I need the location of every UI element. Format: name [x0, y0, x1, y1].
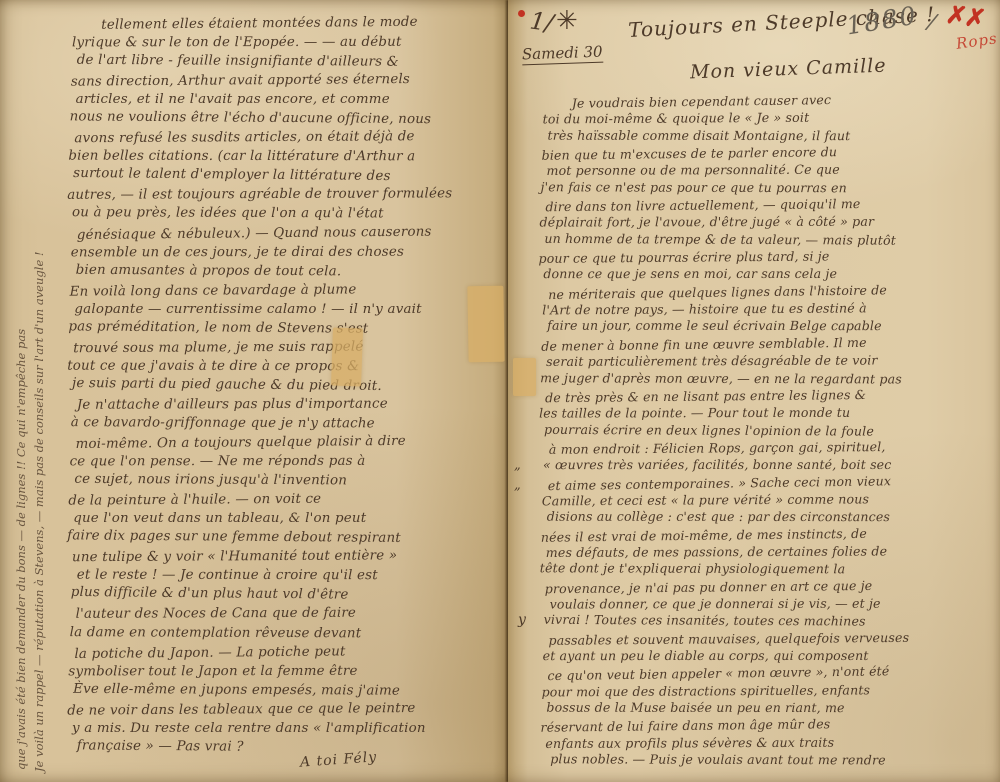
right-page: 1/ ✳ Toujours en Steeple chase ! 1880 / … — [508, 0, 1000, 782]
handwriting-line: serait particulièrement très désagréable… — [546, 351, 992, 370]
margin-quote-mark: „ — [514, 478, 521, 493]
handwriting-line: génésiaque & nébuleux.) — Quand nous cau… — [77, 221, 501, 244]
handwriting-line: Camille, et ceci est « la pure vérité » … — [542, 490, 988, 510]
handwriting-line: la potiche du Japon. — La potiche peut — [74, 640, 498, 663]
handwriting-line: tellement elles étaient montées dans le … — [67, 12, 491, 35]
handwriting-line: tout ce que j'avais à te dire à ce propo… — [67, 356, 491, 376]
red-name-annotation: Rops — [955, 29, 999, 53]
handwriting-line: à mon endroit : Félicien Rops, garçon ga… — [549, 437, 995, 458]
handwriting-line: les tailles de la pointe. — Pour tout le… — [539, 404, 985, 422]
handwriting-line: galopante — currentissime calamo ! — il … — [74, 300, 498, 319]
handwriting-line: ou à peu près, les idées que l'on a qu'à… — [72, 204, 496, 225]
handwriting-line: mes défauts, de mes passions, de certain… — [546, 542, 992, 561]
right-page-text: Je voudrais bien cependant causer avecto… — [543, 91, 992, 769]
margin-vertical-note: Je voilà un rappel — réputation à Steven… — [32, 251, 46, 772]
handwriting-line: y a mis. Du reste cela rentre dans « l'a… — [72, 719, 496, 738]
margin-letter-mark: y — [518, 612, 526, 628]
handwriting-line: enfants aux profils plus sévères & aux t… — [545, 733, 991, 752]
handwriting-line: que l'on veut dans un tableau, & l'on pe… — [73, 509, 497, 528]
handwriting-line: bien amusantes à propos de tout cela. — [76, 260, 500, 282]
handwriting-line: la dame en contemplation rêveuse devant — [70, 623, 494, 644]
handwriting-line: l'auteur des Noces de Cana que de faire — [76, 604, 500, 625]
handwriting-line: pour moi que des distractions spirituell… — [541, 680, 987, 700]
handwriting-line: de ne voir dans les tableaux que ce que … — [67, 698, 491, 720]
asterisk-icon: ✳ — [556, 6, 578, 36]
handwriting-line: ce que l'on pense. — Ne me réponds pas à — [70, 452, 494, 472]
handwriting-line: mot personne ou de ma personnalité. Ce q… — [546, 160, 992, 179]
handwriting-line: trouvé sous ma plume, je me suis rappelé — [73, 337, 497, 359]
handwriting-line: ensemble un de ces jours, je te dirai de… — [71, 242, 495, 262]
handwriting-line: Je n'attache d'ailleurs pas plus d'impor… — [77, 394, 501, 415]
handwriting-line: En voilà long dans ce bavardage à plume — [70, 279, 494, 301]
handwriting-line: autres, — il est toujours agréable de tr… — [67, 185, 491, 206]
handwriting-line: pas préméditation, le nom de Stevens s'e… — [68, 317, 492, 339]
handwriting-line: de la peinture à l'huile. — on voit ce — [68, 489, 492, 511]
left-page-text: tellement elles étaient montées dans le … — [72, 14, 496, 757]
letter-scan: que j'avais été bien demander du bons — … — [0, 0, 1000, 782]
handwriting-line: sans direction, Arthur avait apporté ses… — [71, 70, 495, 92]
red-crosses-mark: ✗✗ — [944, 0, 986, 33]
handwriting-line: plus nobles. — Puis je voulais avant tou… — [550, 750, 996, 769]
handwriting-line: articles, et il ne l'avait pas encore, e… — [76, 90, 500, 109]
margin-vertical-note: que j'avais été bien demander du bons — … — [14, 329, 28, 770]
tape-stain — [331, 327, 363, 386]
handwriting-line: Ève elle-même en jupons empesés, mais j'… — [73, 679, 497, 701]
margin-quote-mark: „ — [514, 458, 521, 473]
left-page: que j'avais été bien demander du bons — … — [0, 0, 508, 782]
handwriting-line: voulais donner, ce que je donnerai si je… — [550, 594, 996, 612]
handwriting-line: toi du moi-même & quoique le « Je » soit — [543, 108, 989, 128]
handwriting-line: une tulipe & y voir « l'Humanité tout en… — [72, 546, 496, 568]
handwriting-line: symboliser tout le Japon et la femme êtr… — [68, 661, 492, 681]
handwriting-line: avons refusé les susdits articles, on ét… — [74, 127, 498, 149]
handwriting-line: française » — Pas vrai ? — [77, 736, 501, 758]
letter-date: Samedi 30 — [522, 43, 603, 66]
tape-stain — [467, 286, 504, 363]
handwriting-line: lyrique & sur le ton de l'Epopée. — — au… — [72, 33, 496, 53]
handwriting-line: moi-même. On a toujours quelque plaisir … — [76, 431, 500, 454]
red-dot-mark — [518, 10, 525, 17]
tape-stain — [513, 358, 536, 396]
salutation: Mon vieux Camille — [690, 55, 887, 84]
handwriting-line: déplairait fort, je l'avoue, d'être jugé… — [539, 213, 985, 231]
page-number-mark: 1/ — [528, 7, 555, 38]
handwriting-line: passables et souvent mauvaises, quelquef… — [548, 628, 994, 649]
